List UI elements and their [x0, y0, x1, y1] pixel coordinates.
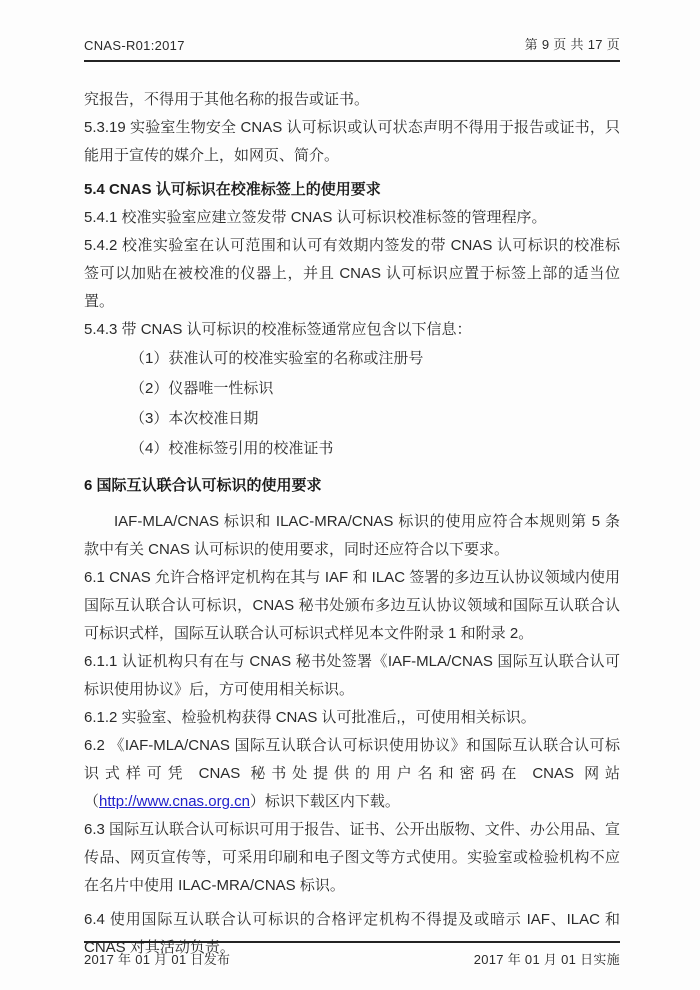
issue-date: 2017 年 01 月 01 日发布: [84, 949, 230, 968]
paragraph-5-3-19: 5.3.19 实验室生物安全 CNAS 认可标识或认可状态声明不得用于报告或证书…: [84, 114, 620, 170]
paragraph-6-2-text-after: ）标识下载区内下载。: [250, 793, 400, 810]
cnas-website-link[interactable]: http://www.cnas.org.cn: [99, 793, 250, 810]
section-heading-6: 6 国际互认联合认可标识的使用要求: [84, 472, 620, 500]
paragraph-5-4-3: 5.4.3 带 CNAS 认可标识的校准标签通常应包含以下信息：: [84, 316, 620, 344]
implement-date: 2017 年 01 月 01 日实施: [474, 949, 620, 968]
doc-code: CNAS-R01:2017: [84, 38, 185, 53]
paragraph-6-1-1: 6.1.1 认证机构只有在与 CNAS 秘书处签署《IAF-MLA/CNAS 国…: [84, 648, 620, 704]
page-header: CNAS-R01:2017 第 9 页 共 17 页: [84, 34, 620, 62]
paragraph-6-1-2: 6.1.2 实验室、检验机构获得 CNAS 认可批准后,，可使用相关标识。: [84, 704, 620, 732]
paragraph-6-2: 6.2 《IAF-MLA/CNAS 国际互认联合认可标识使用协议》和国际互认联合…: [84, 732, 620, 816]
list-item-3: （3）本次校准日期: [84, 404, 620, 434]
paragraph-continuation: 究报告，不得用于其他名称的报告或证书。: [84, 86, 620, 114]
list-item-2: （2）仪器唯一性标识: [84, 374, 620, 404]
list-item-1: （1）获准认可的校准实验室的名称或注册号: [84, 344, 620, 374]
page-number: 第 9 页 共 17 页: [525, 34, 620, 53]
paragraph-6-1: 6.1 CNAS 允许合格评定机构在其与 IAF 和 ILAC 签署的多边互认协…: [84, 564, 620, 648]
section-heading-5-4: 5.4 CNAS 认可标识在校准标签上的使用要求: [84, 176, 620, 204]
paragraph-6-intro: IAF-MLA/CNAS 标识和 ILAC-MRA/CNAS 标识的使用应符合本…: [84, 508, 620, 564]
paragraph-5-4-2: 5.4.2 校准实验室在认可范围和认可有效期内签发的带 CNAS 认可标识的校准…: [84, 232, 620, 316]
paragraph-5-4-1: 5.4.1 校准实验室应建立签发带 CNAS 认可标识校准标签的管理程序。: [84, 204, 620, 232]
document-body: 究报告，不得用于其他名称的报告或证书。 5.3.19 实验室生物安全 CNAS …: [84, 62, 620, 962]
page-footer: 2017 年 01 月 01 日发布 2017 年 01 月 01 日实施: [84, 941, 620, 968]
document-page: CNAS-R01:2017 第 9 页 共 17 页 究报告，不得用于其他名称的…: [0, 0, 700, 990]
paragraph-6-3: 6.3 国际互认联合认可标识可用于报告、证书、公开出版物、文件、办公用品、宣传品…: [84, 816, 620, 900]
list-item-4: （4）校准标签引用的校准证书: [84, 434, 620, 464]
